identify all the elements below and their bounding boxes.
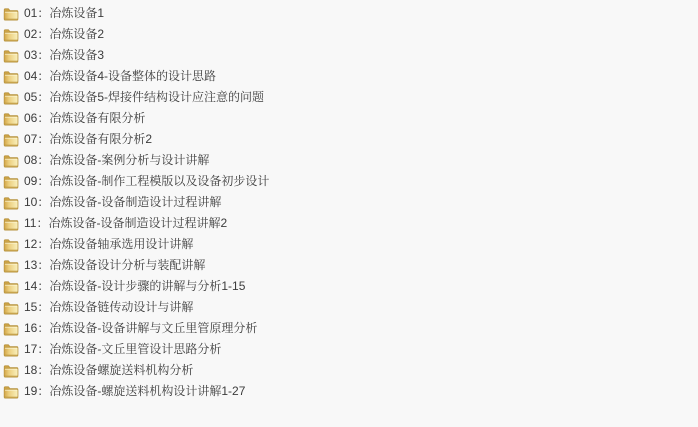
list-item[interactable]: 10：冶炼设备-设备制造设计过程讲解 <box>3 192 698 213</box>
list-item[interactable]: 11：冶炼设备-设备制造设计过程讲解2 <box>3 213 698 234</box>
folder-icon <box>3 321 19 337</box>
folder-icon <box>3 342 19 358</box>
folder-icon <box>3 90 19 106</box>
list-item[interactable]: 08：冶炼设备-案例分析与设计讲解 <box>3 150 698 171</box>
list-item[interactable]: 06：冶炼设备有限分析 <box>3 108 698 129</box>
file-name: 13：冶炼设备设计分析与装配讲解 <box>24 255 205 276</box>
list-item[interactable]: 13：冶炼设备设计分析与装配讲解 <box>3 255 698 276</box>
file-name: 02：冶炼设备2 <box>24 24 104 45</box>
file-name: 09：冶炼设备-制作工程模版以及设备初步设计 <box>24 171 269 192</box>
file-name: 01：冶炼设备1 <box>24 3 104 24</box>
folder-icon <box>3 279 19 295</box>
folder-icon <box>3 384 19 400</box>
list-item[interactable]: 01：冶炼设备1 <box>3 3 698 24</box>
folder-icon <box>3 111 19 127</box>
file-name: 11：冶炼设备-设备制造设计过程讲解2 <box>24 213 227 234</box>
folder-icon <box>3 27 19 43</box>
folder-icon <box>3 258 19 274</box>
folder-icon <box>3 195 19 211</box>
list-item[interactable]: 19：冶炼设备-螺旋送料机构设计讲解1-27 <box>3 381 698 402</box>
folder-icon <box>3 216 19 232</box>
folder-icon <box>3 6 19 22</box>
folder-icon <box>3 237 19 253</box>
file-name: 15：冶炼设备链传动设计与讲解 <box>24 297 193 318</box>
folder-icon <box>3 174 19 190</box>
file-name: 07：冶炼设备有限分析2 <box>24 129 152 150</box>
list-item[interactable]: 16：冶炼设备-设备讲解与文丘里管原理分析 <box>3 318 698 339</box>
list-item[interactable]: 12：冶炼设备轴承选用设计讲解 <box>3 234 698 255</box>
file-name: 19：冶炼设备-螺旋送料机构设计讲解1-27 <box>24 381 245 402</box>
file-name: 05：冶炼设备5-焊接件结构设计应注意的问题 <box>24 87 264 108</box>
file-name: 10：冶炼设备-设备制造设计过程讲解 <box>24 192 221 213</box>
file-name: 08：冶炼设备-案例分析与设计讲解 <box>24 150 209 171</box>
list-item[interactable]: 15：冶炼设备链传动设计与讲解 <box>3 297 698 318</box>
file-name: 03：冶炼设备3 <box>24 45 104 66</box>
list-item[interactable]: 17：冶炼设备-文丘里管设计思路分析 <box>3 339 698 360</box>
folder-icon <box>3 300 19 316</box>
file-name: 06：冶炼设备有限分析 <box>24 108 145 129</box>
file-name: 16：冶炼设备-设备讲解与文丘里管原理分析 <box>24 318 257 339</box>
list-item[interactable]: 18：冶炼设备螺旋送料机构分析 <box>3 360 698 381</box>
folder-icon <box>3 132 19 148</box>
folder-icon <box>3 363 19 379</box>
list-item[interactable]: 04：冶炼设备4-设备整体的设计思路 <box>3 66 698 87</box>
list-item[interactable]: 03：冶炼设备3 <box>3 45 698 66</box>
folder-icon <box>3 69 19 85</box>
file-name: 18：冶炼设备螺旋送料机构分析 <box>24 360 193 381</box>
file-name: 17：冶炼设备-文丘里管设计思路分析 <box>24 339 221 360</box>
list-item[interactable]: 02：冶炼设备2 <box>3 24 698 45</box>
file-name: 12：冶炼设备轴承选用设计讲解 <box>24 234 193 255</box>
file-list: 01：冶炼设备1 02 <box>0 0 698 402</box>
list-item[interactable]: 09：冶炼设备-制作工程模版以及设备初步设计 <box>3 171 698 192</box>
file-name: 04：冶炼设备4-设备整体的设计思路 <box>24 66 216 87</box>
folder-icon <box>3 48 19 64</box>
list-item[interactable]: 14：冶炼设备-设计步骤的讲解与分析1-15 <box>3 276 698 297</box>
file-name: 14：冶炼设备-设计步骤的讲解与分析1-15 <box>24 276 245 297</box>
list-item[interactable]: 05：冶炼设备5-焊接件结构设计应注意的问题 <box>3 87 698 108</box>
folder-icon <box>3 153 19 169</box>
list-item[interactable]: 07：冶炼设备有限分析2 <box>3 129 698 150</box>
